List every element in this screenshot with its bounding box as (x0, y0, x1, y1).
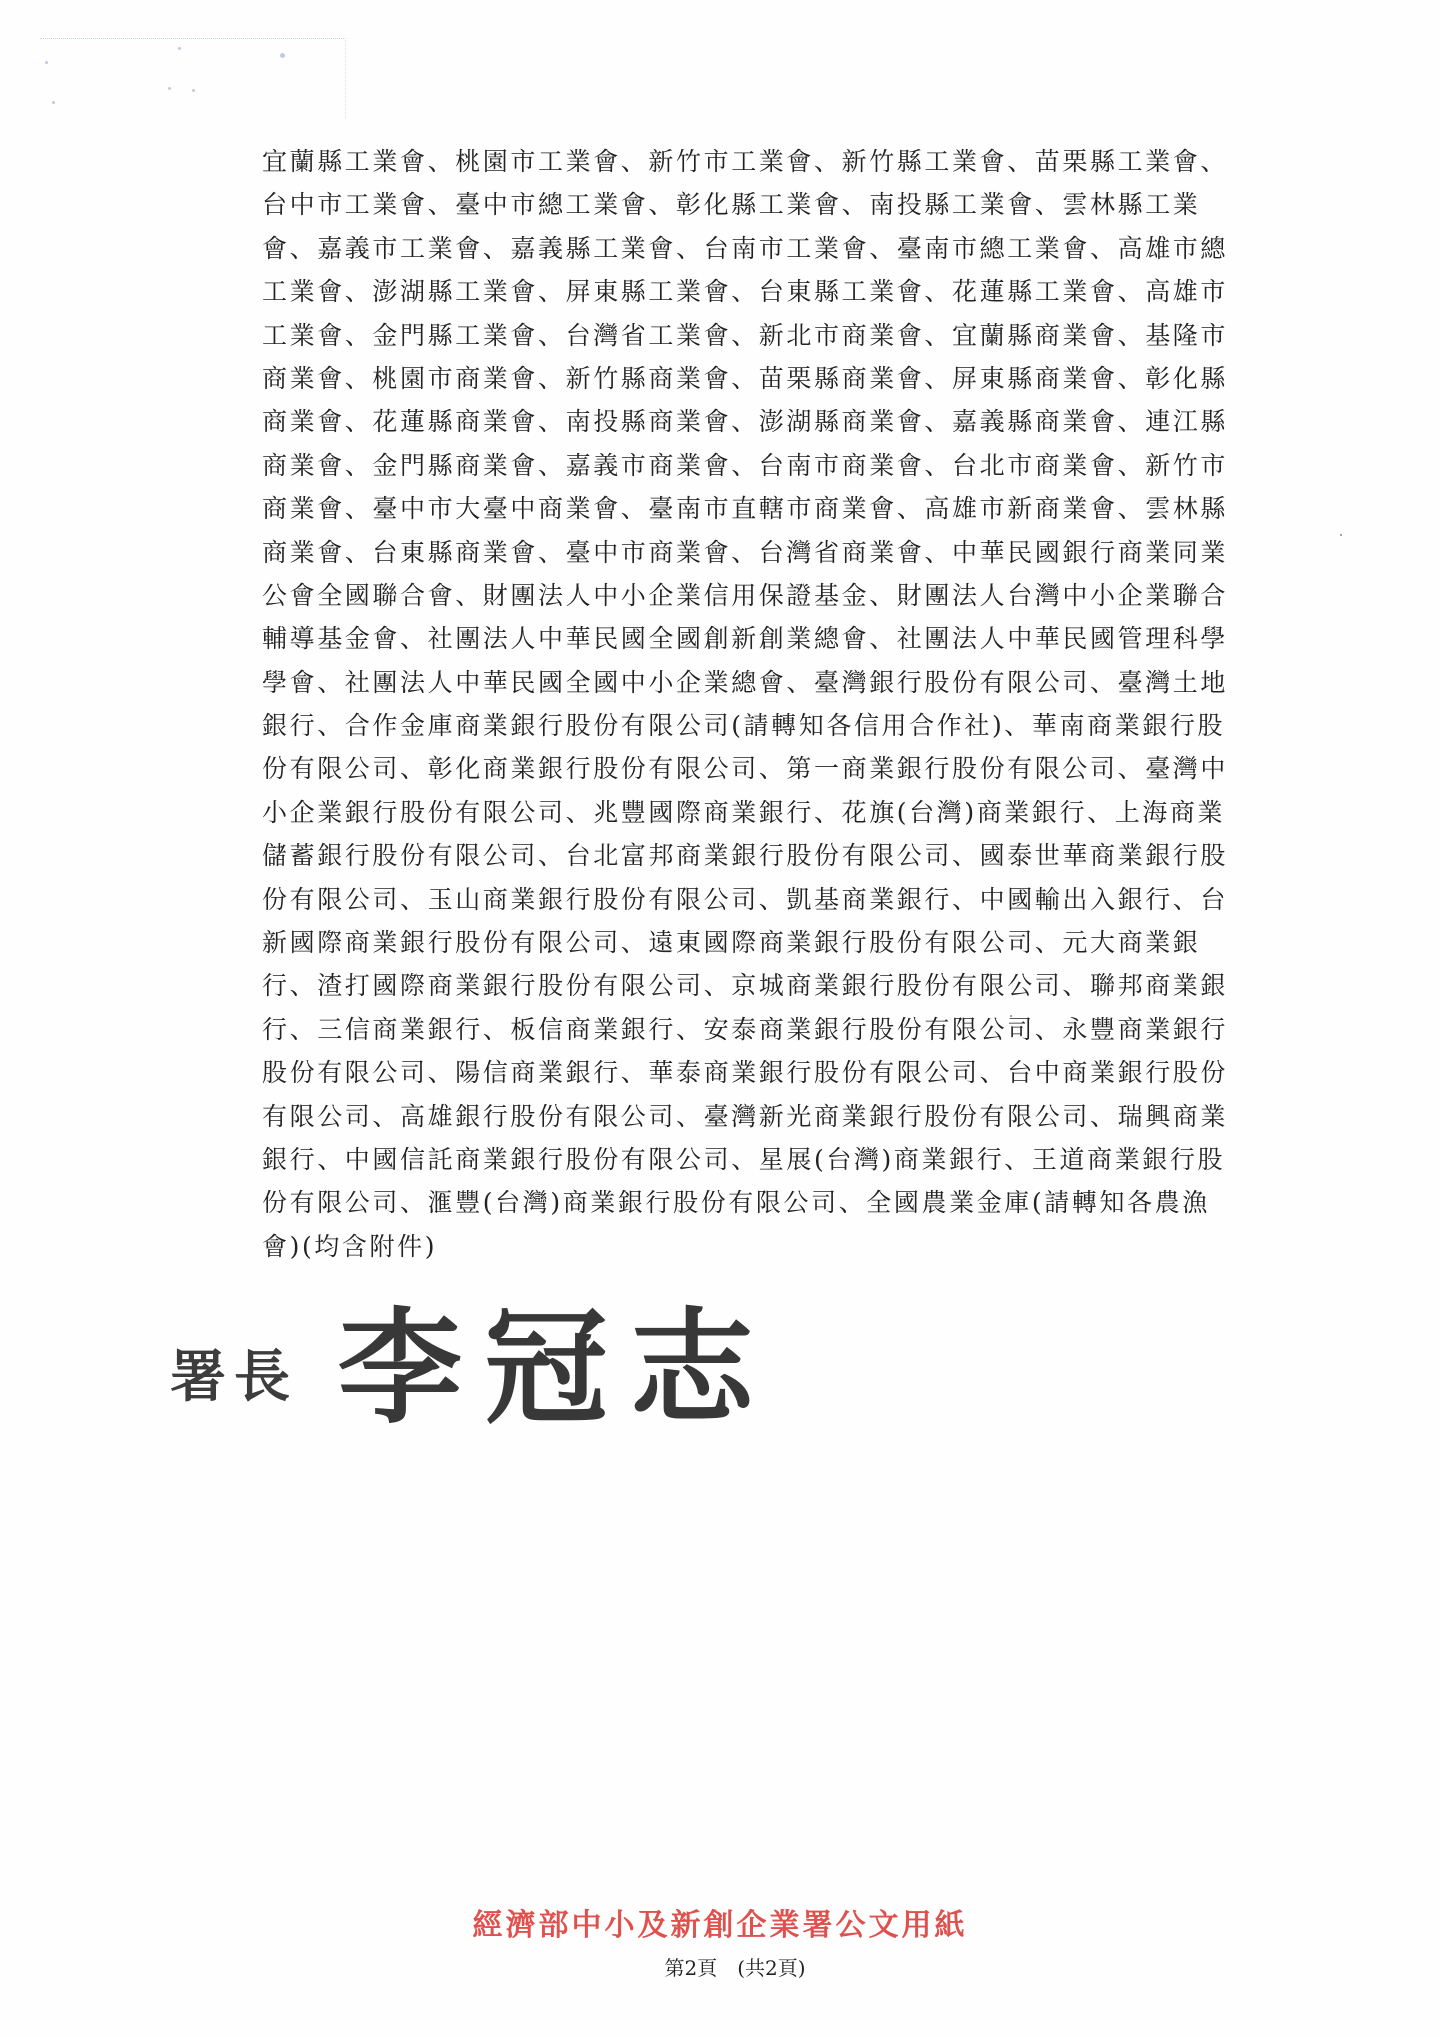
recipients-line: 小企業銀行股份有限公司、兆豐國際商業銀行、花旗(台灣)商業銀行、上海商業 (262, 791, 1282, 834)
page-indicator: 第2頁 (共2頁) (0, 1952, 1440, 1981)
recipients-line: 台中市工業會、臺中市總工業會、彰化縣工業會、南投縣工業會、雲林縣工業 (262, 183, 1282, 226)
recipients-line: 銀行、中國信託商業銀行股份有限公司、星展(台灣)商業銀行、王道商業銀行股 (262, 1138, 1282, 1181)
stamp-speck (45, 61, 48, 64)
recipients-line: 工業會、金門縣工業會、台灣省工業會、新北市商業會、宜蘭縣商業會、基隆市 (262, 314, 1282, 357)
recipients-line: 商業會、臺中市大臺中商業會、臺南市直轄市商業會、高雄市新商業會、雲林縣 (262, 487, 1282, 530)
recipients-line: 宜蘭縣工業會、桃園市工業會、新竹市工業會、新竹縣工業會、苗栗縣工業會、 (262, 140, 1282, 183)
stamp-speck (168, 87, 171, 90)
recipients-line: 公會全國聯合會、財團法人中小企業信用保證基金、財團法人台灣中小企業聯合 (262, 574, 1282, 617)
recipients-line: 份有限公司、彰化商業銀行股份有限公司、第一商業銀行股份有限公司、臺灣中 (262, 747, 1282, 790)
recipients-line: 會、嘉義市工業會、嘉義縣工業會、台南市工業會、臺南市總工業會、高雄市總 (262, 227, 1282, 270)
stamp-speck (52, 101, 55, 104)
recipients-line: 份有限公司、玉山商業銀行股份有限公司、凱基商業銀行、中國輸出入銀行、台 (262, 878, 1282, 921)
recipients-line: 份有限公司、滙豐(台灣)商業銀行股份有限公司、全國農業金庫(請轉知各農漁 (262, 1181, 1282, 1224)
recipients-line: 學會、社團法人中華民國全國中小企業總會、臺灣銀行股份有限公司、臺灣土地 (262, 661, 1282, 704)
recipients-line: 商業會、金門縣商業會、嘉義市商業會、台南市商業會、台北市商業會、新竹市 (262, 444, 1282, 487)
scan-speck (1340, 534, 1342, 536)
recipients-line: 儲蓄銀行股份有限公司、台北富邦商業銀行股份有限公司、國泰世華商業銀行股 (262, 834, 1282, 877)
recipients-line: 新國際商業銀行股份有限公司、遠東國際商業銀行股份有限公司、元大商業銀 (262, 921, 1282, 964)
signatory-title: 署長 (170, 1333, 298, 1413)
document-page: 宜蘭縣工業會、桃園市工業會、新竹市工業會、新竹縣工業會、苗栗縣工業會、 台中市工… (0, 0, 1440, 2037)
letterhead-footer: 經濟部中小及新創企業署公文用紙 (0, 1900, 1440, 1944)
scan-speck (1010, 1015, 1012, 1017)
recipients-line: 工業會、澎湖縣工業會、屏東縣工業會、台東縣工業會、花蓮縣工業會、高雄市 (262, 270, 1282, 313)
recipients-line: 股份有限公司、陽信商業銀行、華泰商業銀行股份有限公司、台中商業銀行股份 (262, 1051, 1282, 1094)
stamp-speck (178, 47, 181, 50)
recipients-line: 行、三信商業銀行、板信商業銀行、安泰商業銀行股份有限公司、永豐商業銀行 (262, 1008, 1282, 1051)
signatory-name: 李冠志 (338, 1269, 776, 1447)
recipients-line: 商業會、花蓮縣商業會、南投縣商業會、澎湖縣商業會、嘉義縣商業會、連江縣 (262, 400, 1282, 443)
recipients-line: 商業會、桃園市商業會、新竹縣商業會、苗栗縣商業會、屏東縣商業會、彰化縣 (262, 357, 1282, 400)
faded-stamp-mark (40, 38, 346, 119)
recipients-line: 行、渣打國際商業銀行股份有限公司、京城商業銀行股份有限公司、聯邦商業銀 (262, 964, 1282, 1007)
recipients-line: 輔導基金會、社團法人中華民國全國創新創業總會、社團法人中華民國管理科學 (262, 617, 1282, 660)
recipients-line: 有限公司、高雄銀行股份有限公司、臺灣新光商業銀行股份有限公司、瑞興商業 (262, 1095, 1282, 1138)
recipients-line: 會)(均含附件) (262, 1225, 1282, 1268)
recipients-line: 商業會、台東縣商業會、臺中市商業會、台灣省商業會、中華民國銀行商業同業 (262, 531, 1282, 574)
recipients-list: 宜蘭縣工業會、桃園市工業會、新竹市工業會、新竹縣工業會、苗栗縣工業會、 台中市工… (262, 140, 1282, 1268)
signature-block: 署長 李冠志 (170, 1268, 776, 1448)
stamp-speck (280, 53, 285, 58)
recipients-line: 銀行、合作金庫商業銀行股份有限公司(請轉知各信用合作社)、華南商業銀行股 (262, 704, 1282, 747)
stamp-speck (192, 89, 195, 92)
